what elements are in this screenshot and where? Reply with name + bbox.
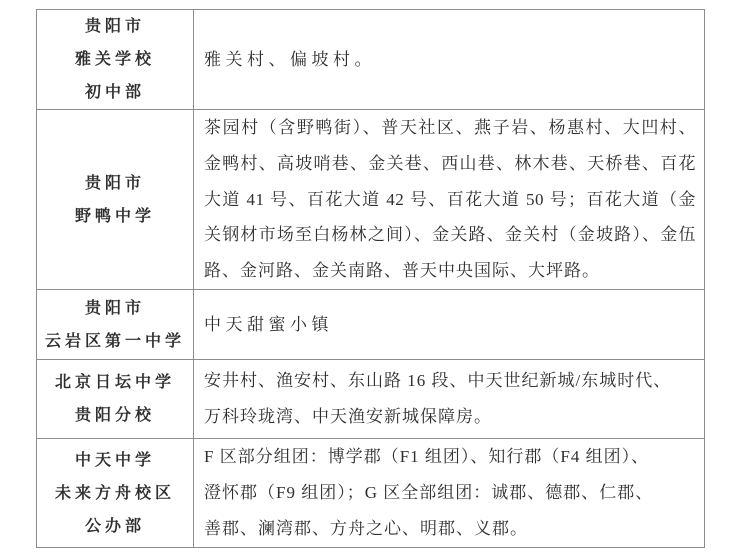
school-name-line: 雅关学校 xyxy=(75,43,155,76)
table-row: 贵阳市雅关学校初中部雅关村、偏坡村。 xyxy=(37,10,704,109)
table-row: 贵阳市云岩区第一中学中天甜蜜小镇 xyxy=(37,289,704,359)
table-row: 北京日坛中学贵阳分校安井村、渔安村、东山路 16 段、中天世纪新城/东城时代、万… xyxy=(37,359,704,438)
school-name-line: 未来方舟校区 xyxy=(55,477,175,510)
coverage-area-line: F 区部分组团：博学郡（F1 组团）、知行郡（F4 组团）、 xyxy=(204,439,696,475)
school-name-line: 中天中学 xyxy=(75,444,155,477)
coverage-area-cell: 中天甜蜜小镇 xyxy=(194,290,704,359)
coverage-area-line: 雅关村、偏坡村。 xyxy=(204,42,696,78)
coverage-area-line: 善郡、澜湾郡、方舟之心、明郡、义郡。 xyxy=(204,511,696,547)
school-name-line: 贵阳分校 xyxy=(75,399,155,432)
school-name-line: 贵阳市 xyxy=(85,10,145,43)
school-name-cell: 中天中学未来方舟校区公办部 xyxy=(37,439,194,547)
school-name-line: 贵阳市 xyxy=(85,292,145,325)
table-row: 中天中学未来方舟校区公办部F 区部分组团：博学郡（F1 组团）、知行郡（F4 组… xyxy=(37,438,704,547)
school-name-line: 云岩区第一中学 xyxy=(45,325,185,358)
school-name-line: 公办部 xyxy=(85,510,145,543)
table-row: 贵阳市野鸭中学茶园村（含野鸭街）、普天社区、燕子岩、杨惠村、大凹村、金鸭村、高坡… xyxy=(37,109,704,289)
coverage-area-line: 大道 41 号、百花大道 42 号、百花大道 50 号；百花大道（金 xyxy=(204,182,696,218)
schools-table: 贵阳市雅关学校初中部雅关村、偏坡村。贵阳市野鸭中学茶园村（含野鸭街）、普天社区、… xyxy=(36,9,705,548)
school-name-line: 北京日坛中学 xyxy=(55,366,175,399)
school-name-cell: 贵阳市雅关学校初中部 xyxy=(37,10,194,109)
coverage-area-cell: 安井村、渔安村、东山路 16 段、中天世纪新城/东城时代、万科玲珑湾、中天渔安新… xyxy=(194,360,704,438)
coverage-area-line: 茶园村（含野鸭街）、普天社区、燕子岩、杨惠村、大凹村、 xyxy=(204,110,696,146)
document-page: 贵阳市雅关学校初中部雅关村、偏坡村。贵阳市野鸭中学茶园村（含野鸭街）、普天社区、… xyxy=(0,0,740,557)
school-name-line: 野鸭中学 xyxy=(75,200,155,233)
school-name-cell: 贵阳市云岩区第一中学 xyxy=(37,290,194,359)
coverage-area-line: 万科玲珑湾、中天渔安新城保障房。 xyxy=(204,399,696,435)
school-name-cell: 贵阳市野鸭中学 xyxy=(37,110,194,289)
coverage-area-line: 关钢材市场至白杨林之间）、金关路、金关村（金坡路）、金伍 xyxy=(204,217,696,253)
coverage-area-cell: 茶园村（含野鸭街）、普天社区、燕子岩、杨惠村、大凹村、金鸭村、高坡哨巷、金关巷、… xyxy=(194,110,704,289)
coverage-area-line: 金鸭村、高坡哨巷、金关巷、西山巷、林木巷、天桥巷、百花 xyxy=(204,146,696,182)
coverage-area-line: 路、金河路、金关南路、普天中央国际、大坪路。 xyxy=(204,253,696,289)
school-name-line: 初中部 xyxy=(85,76,145,109)
coverage-area-line: 安井村、渔安村、东山路 16 段、中天世纪新城/东城时代、 xyxy=(204,363,696,399)
school-name-line: 贵阳市 xyxy=(85,167,145,200)
coverage-area-cell: F 区部分组团：博学郡（F1 组团）、知行郡（F4 组团）、澄怀郡（F9 组团）… xyxy=(194,439,704,547)
coverage-area-line: 中天甜蜜小镇 xyxy=(204,307,696,343)
coverage-area-cell: 雅关村、偏坡村。 xyxy=(194,10,704,109)
school-name-cell: 北京日坛中学贵阳分校 xyxy=(37,360,194,438)
coverage-area-line: 澄怀郡（F9 组团）；G 区全部组团：诚郡、德郡、仁郡、 xyxy=(204,475,696,511)
